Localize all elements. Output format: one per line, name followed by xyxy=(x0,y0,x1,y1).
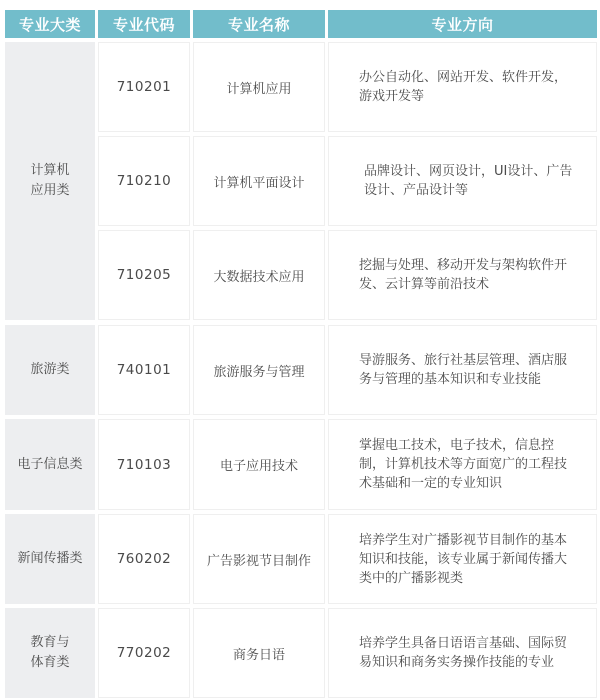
direction-cell: 办公自动化、网站开发、软件开发，游戏开发等 xyxy=(328,42,597,132)
direction-text: 培养学生对广播影视节目制作的基本知识和技能，该专业属于新闻传播大类中的广播影视类 xyxy=(329,531,574,588)
code-cell: 740101 xyxy=(98,325,190,415)
code-cell: 770202 xyxy=(98,608,190,698)
name-cell: 计算机应用 xyxy=(193,42,325,132)
direction-text: 品牌设计、网页设计，UI设计、广告设计、产品设计等 xyxy=(329,162,574,200)
header-code: 专业代码 xyxy=(98,10,190,38)
code-cell: 760202 xyxy=(98,514,190,604)
category-cell: 旅游类 xyxy=(5,325,95,415)
direction-cell: 掌握电工技术，电子技术，信息控制，计算机技术等方面宽广的工程技术基础和一定的专业… xyxy=(328,419,597,510)
direction-cell: 挖掘与处理、移动开发与架构软件开发、云计算等前沿技术 xyxy=(328,230,597,320)
direction-text: 挖掘与处理、移动开发与架构软件开发、云计算等前沿技术 xyxy=(329,256,574,294)
direction-text: 导游服务、旅行社基层管理、酒店服务与管理的基本知识和专业技能 xyxy=(329,351,574,389)
direction-text: 培养学生具备日语语言基础、国际贸易知识和商务实务操作技能的专业 xyxy=(329,634,574,672)
direction-cell: 品牌设计、网页设计，UI设计、广告设计、产品设计等 xyxy=(328,136,597,226)
direction-text: 办公自动化、网站开发、软件开发，游戏开发等 xyxy=(329,68,574,106)
header-category: 专业大类 xyxy=(5,10,95,38)
code-cell: 710205 xyxy=(98,230,190,320)
direction-cell: 培养学生具备日语语言基础、国际贸易知识和商务实务操作技能的专业 xyxy=(328,608,597,698)
category-cell: 计算机 应用类 xyxy=(5,42,95,320)
header-direction: 专业方向 xyxy=(328,10,597,38)
name-cell: 旅游服务与管理 xyxy=(193,325,325,415)
name-cell: 大数据技术应用 xyxy=(193,230,325,320)
direction-cell: 导游服务、旅行社基层管理、酒店服务与管理的基本知识和专业技能 xyxy=(328,325,597,415)
name-cell: 计算机平面设计 xyxy=(193,136,325,226)
category-cell: 新闻传播类 xyxy=(5,514,95,604)
code-cell: 710210 xyxy=(98,136,190,226)
direction-text: 掌握电工技术，电子技术，信息控制，计算机技术等方面宽广的工程技术基础和一定的专业… xyxy=(329,436,574,493)
code-cell: 710103 xyxy=(98,419,190,510)
name-cell: 商务日语 xyxy=(193,608,325,698)
direction-cell: 培养学生对广播影视节目制作的基本知识和技能，该专业属于新闻传播大类中的广播影视类 xyxy=(328,514,597,604)
name-cell: 广告影视节目制作 xyxy=(193,514,325,604)
category-cell: 教育与 体育类 xyxy=(5,608,95,698)
header-name: 专业名称 xyxy=(193,10,325,38)
name-cell: 电子应用技术 xyxy=(193,419,325,510)
category-cell: 电子信息类 xyxy=(5,419,95,510)
code-cell: 710201 xyxy=(98,42,190,132)
